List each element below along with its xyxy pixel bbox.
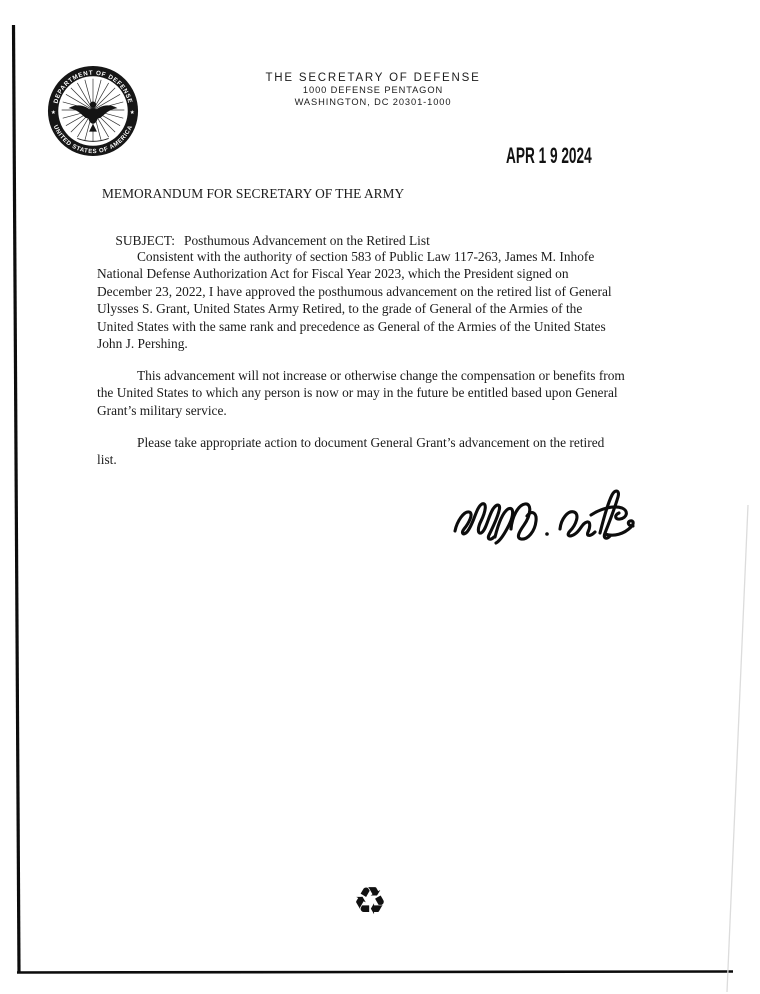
date-stamp: APR 1 9 2024 (506, 143, 592, 169)
signature-handwritten (448, 485, 643, 549)
letterhead-address-line1: 1000 DEFENSE PENTAGON (233, 85, 513, 97)
signature-stroke-1 (455, 504, 500, 539)
body-paragraph-1: Consistent with the authority of section… (97, 248, 697, 352)
subject-label: SUBJECT: (115, 233, 175, 248)
body-paragraph-3: Please take appropriate action to docume… (97, 434, 697, 469)
right-edge-line (727, 505, 748, 992)
signature-stroke-3 (511, 504, 536, 539)
subject-text: Posthumous Advancement on the Retired Li… (184, 233, 430, 248)
seal-star-right: ★ (130, 110, 135, 116)
letterhead-address-line2: WASHINGTON, DC 20301-1000 (233, 97, 513, 109)
letterhead: THE SECRETARY OF DEFENSE 1000 DEFENSE PE… (233, 71, 513, 108)
dod-seal-icon: DEPARTMENT OF DEFENSE UNITED STATES OF A… (46, 64, 140, 158)
signature-period (545, 532, 549, 536)
seal-star-left: ★ (51, 110, 56, 116)
left-edge-line (14, 25, 20, 973)
bottom-edge-line (17, 972, 733, 973)
body-paragraph-2: This advancement will not increase or ot… (97, 367, 697, 419)
scanned-memo-page: DEPARTMENT OF DEFENSE UNITED STATES OF A… (0, 0, 760, 994)
memo-addressee-line: MEMORANDUM FOR SECRETARY OF THE ARMY (102, 186, 404, 202)
recycle-icon: ♻ (353, 882, 387, 920)
signature-stroke-6 (591, 507, 626, 519)
letterhead-title: THE SECRETARY OF DEFENSE (233, 71, 513, 85)
